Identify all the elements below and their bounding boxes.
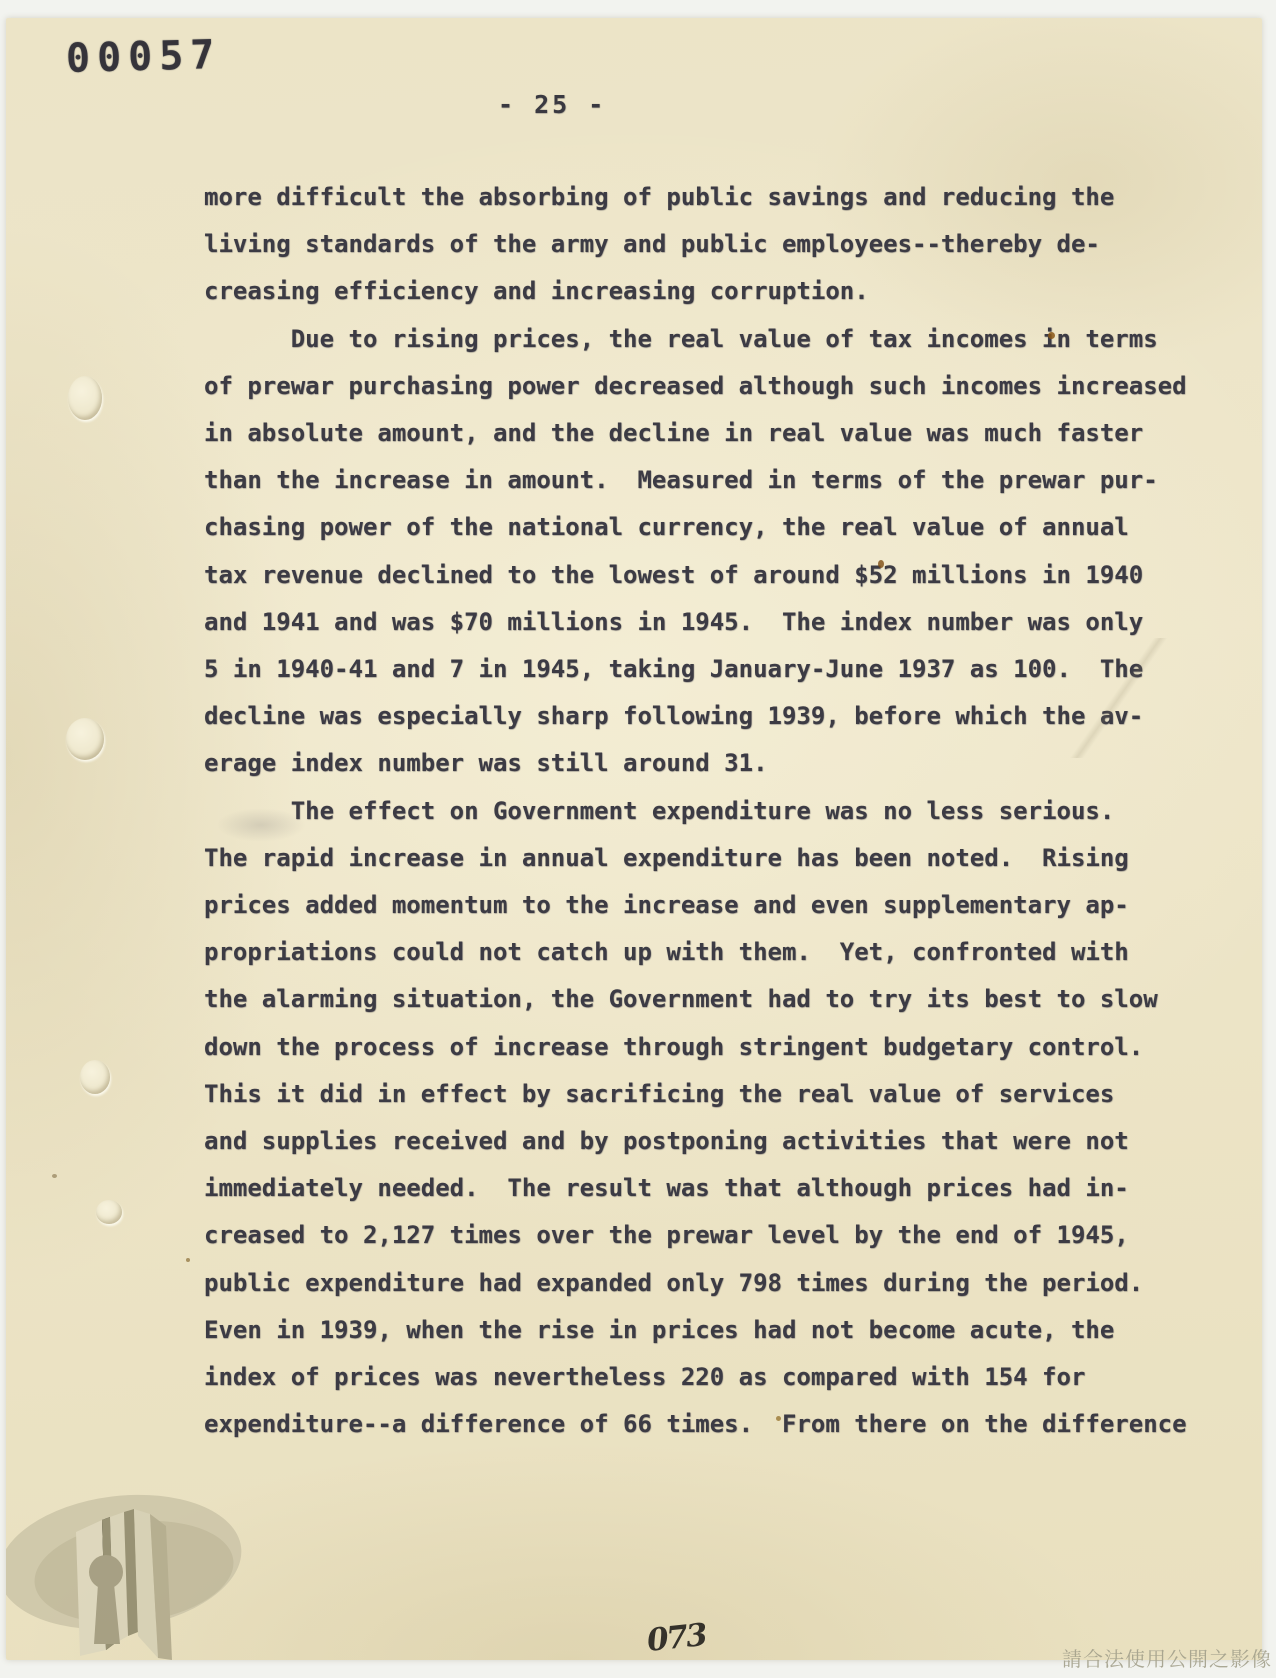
foxing-speck: [52, 1174, 57, 1178]
ink-smudge: [216, 808, 306, 842]
paper-damage-spot: [68, 376, 102, 420]
typewritten-body-text: more difficult the absorbing of public s…: [204, 174, 1214, 1448]
archive-logo-watermark: [6, 1486, 268, 1660]
paper-damage-spot: [80, 1060, 110, 1094]
foxing-speck: [1048, 332, 1055, 339]
archive-stamp-number: 00057: [65, 32, 222, 82]
foxing-speck: [186, 1258, 190, 1262]
paper-damage-spot: [96, 1200, 122, 1224]
foxing-speck: [776, 1416, 781, 1421]
handwritten-folio-number: 073: [645, 1617, 707, 1659]
copyright-watermark-text: 請合法使用公開之影像: [1062, 1643, 1272, 1672]
paper-damage-spot: [66, 718, 104, 760]
page-number: - 25 -: [498, 90, 606, 119]
scanned-page: 00057 - 25 - more difficult the absorbin…: [0, 0, 1276, 1678]
foxing-speck: [878, 560, 884, 568]
paper-crease: [1046, 638, 1196, 758]
paper-sheet: 00057 - 25 - more difficult the absorbin…: [6, 18, 1262, 1660]
